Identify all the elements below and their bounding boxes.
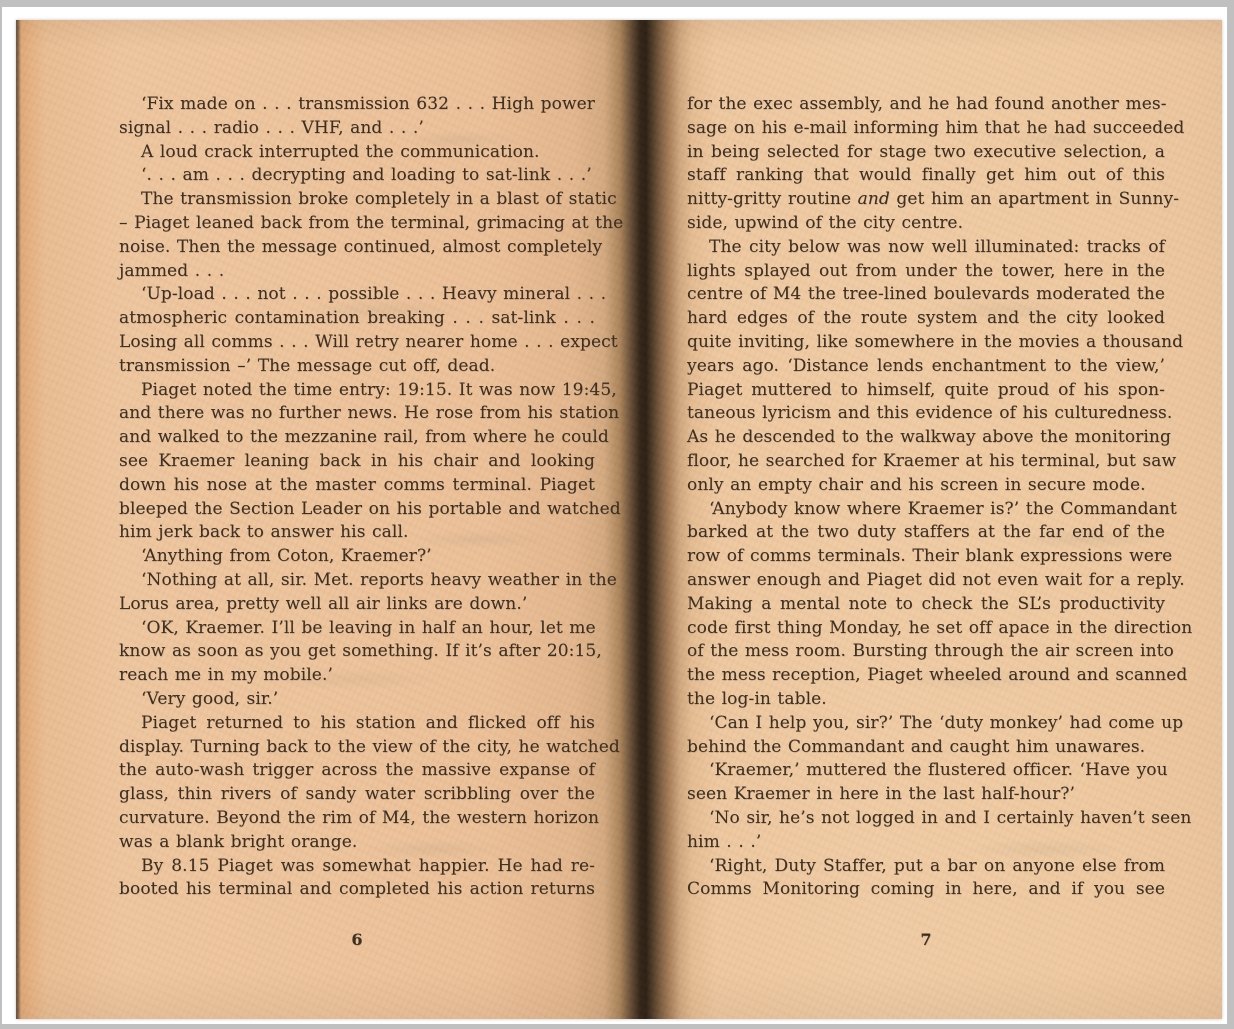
text-line: barked at the two duty staffers at the f… <box>687 521 1165 545</box>
text-line: Lorus area, pretty well all air links ar… <box>119 593 595 617</box>
text-line: By 8.15 Piaget was somewhat happier. He … <box>119 855 595 879</box>
text-line: ‘. . . am . . . decrypting and loading t… <box>119 164 595 188</box>
text-line: bleeped the Section Leader on his portab… <box>119 498 595 522</box>
text-line: ‘Anything from Coton, Kraemer?’ <box>119 545 595 569</box>
text-line: noise. Then the message continued, almos… <box>119 236 595 260</box>
text-line: years ago. ‘Distance lends enchantment t… <box>687 355 1165 379</box>
text-line: seen Kraemer in here in the last half-ho… <box>687 783 1165 807</box>
text-line: Comms Monitoring coming in here, and if … <box>687 878 1165 902</box>
text-line: him . . .’ <box>687 831 1165 855</box>
text-line: Making a mental note to check the SL’s p… <box>687 593 1165 617</box>
text-line: Piaget muttered to himself, quite proud … <box>687 379 1165 403</box>
text-line: see Kraemer leaning back in his chair an… <box>119 450 595 474</box>
text-line: code first thing Monday, he set off apac… <box>687 617 1165 641</box>
text-line: in being selected for stage two executiv… <box>687 141 1165 165</box>
text-line: The transmission broke completely in a b… <box>119 188 595 212</box>
text-line: ‘Right, Duty Staffer, put a bar on anyon… <box>687 855 1165 879</box>
left-page: ‘Fix made on . . . transmission 632 . . … <box>16 20 632 1019</box>
text-line: staff ranking that would finally get him… <box>687 164 1165 188</box>
right-page: for the exec assembly, and he had found … <box>670 20 1222 1019</box>
book-spread: ‘Fix made on . . . transmission 632 . . … <box>16 20 1222 1019</box>
text-line: ‘Fix made on . . . transmission 632 . . … <box>119 93 595 117</box>
text-line: transmission –’ The message cut off, dea… <box>119 355 595 379</box>
text-line: row of comms terminals. Their blank expr… <box>687 545 1165 569</box>
text-line: ‘Up-load . . . not . . . possible . . . … <box>119 283 595 307</box>
text-line: signal . . . radio . . . VHF, and . . .’ <box>119 117 595 141</box>
text-line: ‘OK, Kraemer. I’ll be leaving in half an… <box>119 617 595 641</box>
text-line: for the exec assembly, and he had found … <box>687 93 1165 117</box>
scanner-mat: ‘Fix made on . . . transmission 632 . . … <box>2 7 1227 1024</box>
text-line: Losing all comms . . . Will retry nearer… <box>119 331 595 355</box>
text-line: side, upwind of the city centre. <box>687 212 1165 236</box>
text-line: ‘Can I help you, sir?’ The ‘duty monkey’… <box>687 712 1165 736</box>
text-line: floor, he searched for Kraemer at his te… <box>687 450 1165 474</box>
text-line: centre of M4 the tree-lined boulevards m… <box>687 283 1165 307</box>
text-line: Piaget returned to his station and flick… <box>119 712 595 736</box>
text-line: nitty-gritty routine and get him an apar… <box>687 188 1165 212</box>
text-line: atmospheric contamination breaking . . .… <box>119 307 595 331</box>
text-line: lights splayed out from under the tower,… <box>687 260 1165 284</box>
text-line: him jerk back to answer his call. <box>119 521 595 545</box>
text-line: the auto-wash trigger across the massive… <box>119 759 595 783</box>
text-line: jammed . . . <box>119 260 595 284</box>
text-line: sage on his e-mail informing him that he… <box>687 117 1165 141</box>
text-line: ‘Anybody know where Kraemer is?’ the Com… <box>687 498 1165 522</box>
left-page-number: 6 <box>337 930 377 949</box>
text-line: and walked to the mezzanine rail, from w… <box>119 426 595 450</box>
right-page-text: for the exec assembly, and he had found … <box>687 93 1165 902</box>
text-line: glass, thin rivers of sandy water scribb… <box>119 783 595 807</box>
text-line: The city below was now well illuminated:… <box>687 236 1165 260</box>
text-line: was a blank bright orange. <box>119 831 595 855</box>
text-line: taneous lyricism and this evidence of hi… <box>687 402 1165 426</box>
right-page-number: 7 <box>906 930 946 949</box>
text-line: down his nose at the master comms termin… <box>119 474 595 498</box>
text-line: ‘Very good, sir.’ <box>119 688 595 712</box>
text-line: ‘No sir, he’s not logged in and I certai… <box>687 807 1165 831</box>
text-line: – Piaget leaned back from the terminal, … <box>119 212 595 236</box>
text-line: Piaget noted the time entry: 19:15. It w… <box>119 379 595 403</box>
text-line: know as soon as you get something. If it… <box>119 640 595 664</box>
text-line: reach me in my mobile.’ <box>119 664 595 688</box>
text-line: behind the Commandant and caught him una… <box>687 736 1165 760</box>
text-line: and there was no further news. He rose f… <box>119 402 595 426</box>
text-line: the log-in table. <box>687 688 1165 712</box>
text-line: ‘Kraemer,’ muttered the flustered office… <box>687 759 1165 783</box>
text-line: answer enough and Piaget did not even wa… <box>687 569 1165 593</box>
text-line: A loud crack interrupted the communicati… <box>119 141 595 165</box>
text-line: display. Turning back to the view of the… <box>119 736 595 760</box>
text-line: the mess reception, Piaget wheeled aroun… <box>687 664 1165 688</box>
text-line: hard edges of the route system and the c… <box>687 307 1165 331</box>
text-line: As he descended to the walkway above the… <box>687 426 1165 450</box>
text-line: booted his terminal and completed his ac… <box>119 878 595 902</box>
left-page-text: ‘Fix made on . . . transmission 632 . . … <box>119 93 595 902</box>
text-line: only an empty chair and his screen in se… <box>687 474 1165 498</box>
text-line: of the mess room. Bursting through the a… <box>687 640 1165 664</box>
text-line: quite inviting, like somewhere in the mo… <box>687 331 1165 355</box>
text-line: ‘Nothing at all, sir. Met. reports heavy… <box>119 569 595 593</box>
text-line: curvature. Beyond the rim of M4, the wes… <box>119 807 595 831</box>
